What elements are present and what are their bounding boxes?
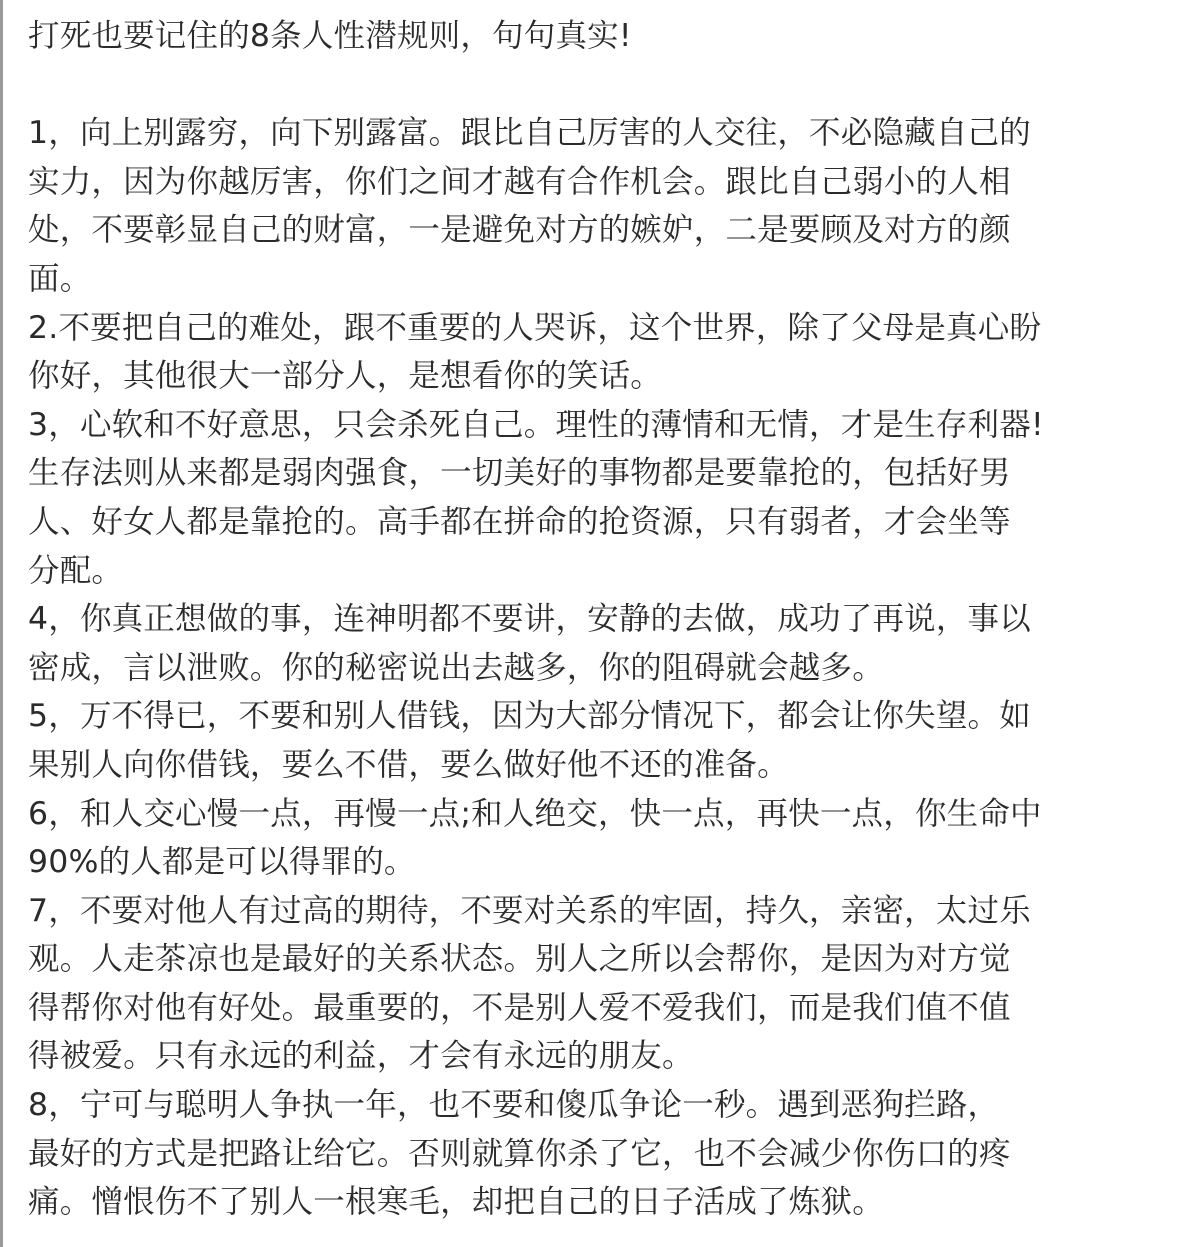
rule-7-line: 观。人走茶凉也是最好的关系状态。别人之所以会帮你，是因为对方觉 [28, 935, 1193, 984]
rule-3-line: 分配。 [28, 547, 1193, 596]
rule-2-line: 你好，其他很大一部分人，是想看你的笑话。 [28, 352, 1193, 401]
rule-5: 5，万不得已，不要和别人借钱，因为大部分情况下，都会让你失望。如 果别人向你借钱… [28, 692, 1193, 789]
rule-3-line: 3，心软和不好意思，只会杀死自己。理性的薄情和无情，才是生存利器! [28, 401, 1193, 450]
document-title: 打死也要记住的8条人性潜规则，句句真实! [28, 12, 1193, 61]
rule-6-line: 6，和人交心慢一点，再慢一点;和人绝交，快一点，再快一点，你生命中 [28, 790, 1193, 839]
rule-5-line: 果别人向你借钱，要么不借，要么做好他不还的准备。 [28, 741, 1193, 790]
rule-4: 4，你真正想做的事，连神明都不要讲，安静的去做，成功了再说，事以 密成，言以泄败… [28, 595, 1193, 692]
rule-2-line: 2.不要把自己的难处，跟不重要的人哭诉，这个世界，除了父母是真心盼 [28, 304, 1193, 353]
rule-1-line: 处，不要彰显自己的财富，一是避免对方的嫉妒，二是要顾及对方的颜 [28, 206, 1193, 255]
rule-4-line: 密成，言以泄败。你的秘密说出去越多，你的阻碍就会越多。 [28, 644, 1193, 693]
rule-1-line: 1，向上别露穷，向下别露富。跟比自己厉害的人交往，不必隐藏自己的 [28, 109, 1193, 158]
rule-8-line: 最好的方式是把路让给它。否则就算你杀了它，也不会减少你伤口的疼 [28, 1130, 1193, 1179]
rule-6: 6，和人交心慢一点，再慢一点;和人绝交，快一点，再快一点，你生命中 90%的人都… [28, 790, 1193, 887]
rule-7-line: 7，不要对他人有过高的期待，不要对关系的牢固，持久，亲密，太过乐 [28, 887, 1193, 936]
left-border-divider [0, 0, 3, 1247]
rule-8-line: 痛。憎恨伤不了别人一根寒毛，却把自己的日子活成了炼狱。 [28, 1178, 1193, 1227]
rule-1: 1，向上别露穷，向下别露富。跟比自己厉害的人交往，不必隐藏自己的 实力，因为你越… [28, 109, 1193, 303]
rule-3-line: 生存法则从来都是弱肉强食，一切美好的事物都是要靠抢的，包括好男 [28, 449, 1193, 498]
rule-1-line: 实力，因为你越厉害，你们之间才越有合作机会。跟比自己弱小的人相 [28, 158, 1193, 207]
document-body: 打死也要记住的8条人性潜规则，句句真实! 1，向上别露穷，向下别露富。跟比自己厉… [28, 12, 1193, 1227]
rule-6-line: 90%的人都是可以得罪的。 [28, 838, 1193, 887]
rule-3-line: 人、好女人都是靠抢的。高手都在拼命的抢资源，只有弱者，才会坐等 [28, 498, 1193, 547]
rule-8-line: 8，宁可与聪明人争执一年，也不要和傻瓜争论一秒。遇到恶狗拦路， [28, 1081, 1193, 1130]
rule-7-line: 得被爱。只有永远的利益，才会有永远的朋友。 [28, 1032, 1193, 1081]
rule-3: 3，心软和不好意思，只会杀死自己。理性的薄情和无情，才是生存利器! 生存法则从来… [28, 401, 1193, 595]
rule-7-line: 得帮你对他有好处。最重要的，不是别人爱不爱我们，而是我们值不值 [28, 984, 1193, 1033]
rule-5-line: 5，万不得已，不要和别人借钱，因为大部分情况下，都会让你失望。如 [28, 692, 1193, 741]
rule-2: 2.不要把自己的难处，跟不重要的人哭诉，这个世界，除了父母是真心盼 你好，其他很… [28, 304, 1193, 401]
rule-7: 7，不要对他人有过高的期待，不要对关系的牢固，持久，亲密，太过乐 观。人走茶凉也… [28, 887, 1193, 1081]
rule-8: 8，宁可与聪明人争执一年，也不要和傻瓜争论一秒。遇到恶狗拦路， 最好的方式是把路… [28, 1081, 1193, 1227]
rule-1-line: 面。 [28, 255, 1193, 304]
rule-4-line: 4，你真正想做的事，连神明都不要讲，安静的去做，成功了再说，事以 [28, 595, 1193, 644]
